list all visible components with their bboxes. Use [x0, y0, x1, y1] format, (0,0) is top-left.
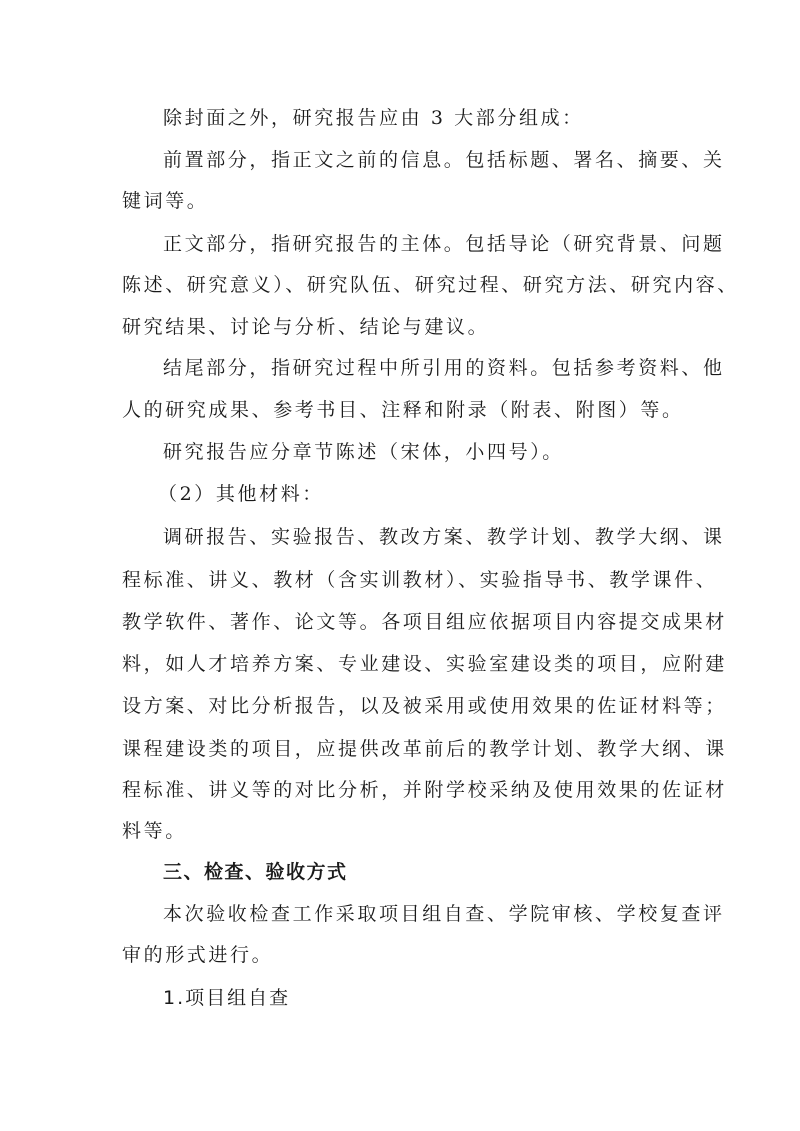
- paragraph-line: 审的形式进行。: [122, 943, 273, 967]
- paragraph-line: 本次验收检查工作采取项目组自查、学院审核、学校复查评: [163, 902, 725, 926]
- section-heading: 三、检查、验收方式: [163, 860, 348, 884]
- paragraph-line: 研究报告应分章节陈述（宋体，小四号）。: [163, 440, 564, 464]
- paragraph-line: 教学软件、著作、论文等。各项目组应依据项目内容提交成果材: [122, 610, 727, 634]
- paragraph-line: 程标准、讲义、教材（含实训教材）、实验指导书、教学课件、: [122, 568, 717, 592]
- paragraph-line: 研究结果、讨论与分析、结论与建议。: [122, 315, 489, 339]
- paragraph-line: 陈述、研究意义）、研究队伍、研究过程、研究方法、研究内容、: [122, 273, 739, 297]
- paragraph-line: 程标准、讲义等的对比分析，并附学校采纳及使用效果的佐证材: [122, 778, 727, 802]
- paragraph-line: 料，如人才培养方案、专业建设、实验室建设类的项目，应附建: [122, 652, 727, 676]
- paragraph-line: 调研报告、实验报告、教改方案、教学计划、教学大纲、课: [163, 525, 725, 549]
- list-label-other-materials: （2）其他材料：: [158, 482, 324, 506]
- paragraph-line: 键词等。: [122, 189, 208, 213]
- paragraph-line: 前置部分，指正文之前的信息。包括标题、署名、摘要、关: [163, 148, 725, 172]
- paragraph-line: 课程建设类的项目，应提供改革前后的教学计划、教学大纲、课: [122, 737, 727, 761]
- paragraph-line: 人的研究成果、参考书目、注释和附录（附表、附图）等。: [122, 398, 684, 422]
- paragraph-line: 结尾部分，指研究过程中所引用的资料。包括参考资料、他: [163, 356, 725, 380]
- paragraph-line: 除封面之外，研究报告应由 3 大部分组成：: [163, 106, 584, 130]
- paragraph-line: 料等。: [122, 819, 187, 843]
- paragraph-line: 正文部分，指研究报告的主体。包括导论（研究背景、问题: [163, 232, 725, 256]
- subsection-heading: 1.项目组自查: [163, 986, 290, 1010]
- paragraph-line: 设方案、对比分析报告，以及被采用或使用效果的佐证材料等；: [122, 694, 727, 718]
